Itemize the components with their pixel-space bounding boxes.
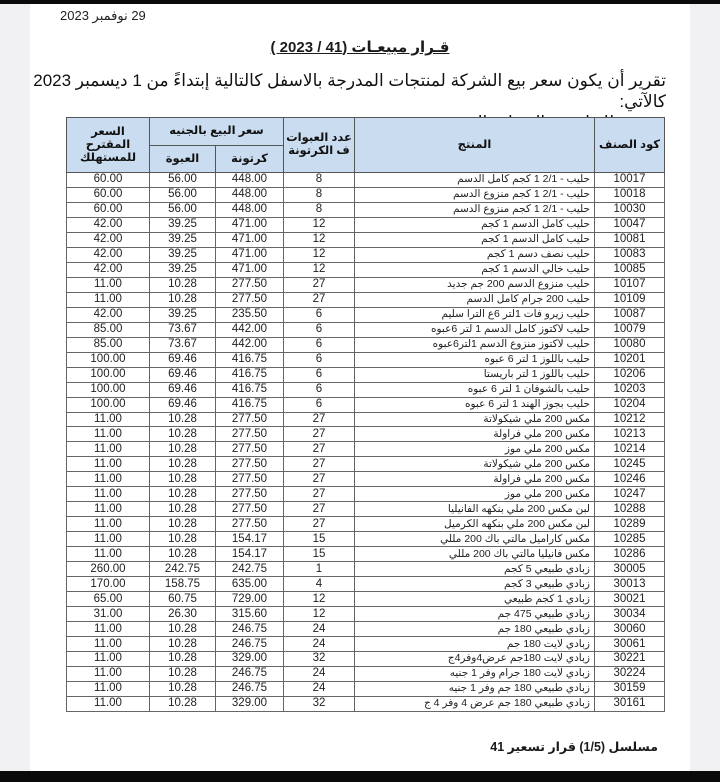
cell-consumer-price: 31.00 xyxy=(67,607,150,622)
bottom-black-bar xyxy=(0,771,720,782)
cell-carton-price: 329.00 xyxy=(216,652,284,667)
cell-consumer-price: 11.00 xyxy=(67,442,150,457)
cell-product: لبن مكس 200 ملي بنكهه الكرميل xyxy=(355,517,595,532)
header-pack: العبوة xyxy=(150,146,216,173)
cell-product: حليب لاكتوز منزوع الدسم 1لتر6عبوه xyxy=(355,337,595,352)
cell-code: 10083 xyxy=(595,247,665,262)
cell-code: 10286 xyxy=(595,547,665,562)
cell-consumer-price: 11.00 xyxy=(67,532,150,547)
cell-count: 27 xyxy=(284,442,355,457)
cell-carton-price: 448.00 xyxy=(216,202,284,217)
cell-carton-price: 277.50 xyxy=(216,517,284,532)
table-row: 30034زبادي طبيعي 475 جم12315.6026.3031.0… xyxy=(67,607,665,622)
intro-line-1: تقرير أن يكون سعر بيع الشركة لمنتجات الم… xyxy=(26,70,666,112)
cell-carton-price: 277.50 xyxy=(216,487,284,502)
cell-pack-price: 60.75 xyxy=(150,592,216,607)
cell-code: 30021 xyxy=(595,592,665,607)
cell-code: 10204 xyxy=(595,397,665,412)
cell-consumer-price: 11.00 xyxy=(67,502,150,517)
cell-consumer-price: 100.00 xyxy=(67,367,150,382)
cell-pack-price: 56.00 xyxy=(150,173,216,188)
cell-pack-price: 69.46 xyxy=(150,382,216,397)
cell-product: حليب كامل الدسم 1 كجم xyxy=(355,232,595,247)
cell-product: حليب منزوع الدسم 200 جم جديد xyxy=(355,277,595,292)
cell-carton-price: 277.50 xyxy=(216,277,284,292)
cell-consumer-price: 11.00 xyxy=(67,427,150,442)
cell-pack-price: 39.25 xyxy=(150,262,216,277)
cell-count: 12 xyxy=(284,607,355,622)
cell-code: 10030 xyxy=(595,202,665,217)
cell-code: 10085 xyxy=(595,262,665,277)
table-row: 10214مكس 200 ملي موز27277.5010.2811.00 xyxy=(67,442,665,457)
cell-code: 10201 xyxy=(595,352,665,367)
table-row: 10286مكس فانيليا مالتي باك 200 مللي15154… xyxy=(67,547,665,562)
cell-product: حليب - 2/1 1 كجم منزوع الدسم xyxy=(355,187,595,202)
cell-count: 4 xyxy=(284,577,355,592)
cell-code: 10079 xyxy=(595,322,665,337)
cell-pack-price: 10.28 xyxy=(150,427,216,442)
cell-product: حليب 200 جرام كامل الدسم xyxy=(355,292,595,307)
cell-product: حليب لاكتوز كامل الدسم 1 لتر 6عبوه xyxy=(355,322,595,337)
cell-code: 10047 xyxy=(595,217,665,232)
cell-code: 10087 xyxy=(595,307,665,322)
cell-consumer-price: 11.00 xyxy=(67,622,150,637)
cell-pack-price: 10.28 xyxy=(150,532,216,547)
cell-pack-price: 56.00 xyxy=(150,202,216,217)
cell-product: زبادي طبيعي 180 جم وفر 1 جنيه xyxy=(355,681,595,696)
cell-code: 30159 xyxy=(595,681,665,696)
cell-product: حليب زيرو فات 1لتر 6ع الترا سليم xyxy=(355,307,595,322)
cell-carton-price: 277.50 xyxy=(216,457,284,472)
cell-product: حليب خالي الدسم 1 كجم xyxy=(355,262,595,277)
cell-product: مكس كاراميل مالتي باك 200 مللي xyxy=(355,532,595,547)
table-row: 10213مكس 200 ملي فراولة27277.5010.2811.0… xyxy=(67,427,665,442)
cell-carton-price: 242.75 xyxy=(216,562,284,577)
cell-count: 27 xyxy=(284,517,355,532)
cell-code: 10289 xyxy=(595,517,665,532)
cell-pack-price: 10.28 xyxy=(150,502,216,517)
cell-pack-price: 69.46 xyxy=(150,397,216,412)
cell-pack-price: 10.28 xyxy=(150,292,216,307)
cell-code: 10107 xyxy=(595,277,665,292)
cell-pack-price: 39.25 xyxy=(150,307,216,322)
cell-consumer-price: 11.00 xyxy=(67,517,150,532)
cell-consumer-price: 42.00 xyxy=(67,262,150,277)
cell-carton-price: 315.60 xyxy=(216,607,284,622)
cell-carton-price: 471.00 xyxy=(216,247,284,262)
cell-pack-price: 39.25 xyxy=(150,247,216,262)
cell-consumer-price: 11.00 xyxy=(67,487,150,502)
cell-code: 10017 xyxy=(595,173,665,188)
cell-carton-price: 416.75 xyxy=(216,382,284,397)
cell-carton-price: 416.75 xyxy=(216,367,284,382)
table-row: 30061زبادي لايت 180 جم24246.7510.2811.00 xyxy=(67,637,665,652)
table-row: 10212مكس 200 ملي شيكولاتة27277.5010.2811… xyxy=(67,412,665,427)
cell-consumer-price: 11.00 xyxy=(67,666,150,681)
cell-product: حليب بالشوفان 1 لتر 6 عبوه xyxy=(355,382,595,397)
cell-carton-price: 246.75 xyxy=(216,666,284,681)
cell-code: 30224 xyxy=(595,666,665,681)
cell-product: لبن مكس 200 ملي بنكهه الفانيليا xyxy=(355,502,595,517)
cell-count: 24 xyxy=(284,681,355,696)
cell-consumer-price: 11.00 xyxy=(67,277,150,292)
cell-count: 32 xyxy=(284,652,355,667)
cell-pack-price: 10.28 xyxy=(150,681,216,696)
cell-count: 6 xyxy=(284,352,355,367)
table-row: 30060زبادي طبيعي 180 جم24246.7510.2811.0… xyxy=(67,622,665,637)
cell-count: 8 xyxy=(284,202,355,217)
table-row: 10081حليب كامل الدسم 1 كجم12471.0039.254… xyxy=(67,232,665,247)
table-row: 10246مكس 200 ملي فراولة27277.5010.2811.0… xyxy=(67,472,665,487)
cell-carton-price: 448.00 xyxy=(216,187,284,202)
cell-carton-price: 329.00 xyxy=(216,696,284,711)
cell-pack-price: 26.30 xyxy=(150,607,216,622)
cell-pack-price: 10.28 xyxy=(150,696,216,711)
cell-carton-price: 471.00 xyxy=(216,232,284,247)
cell-count: 27 xyxy=(284,427,355,442)
table-row: 30005زبادي طبيعي 5 كجم1242.75242.75260.0… xyxy=(67,562,665,577)
price-table: كود الصنف المنتج عدد العبوات ف الكرتونة … xyxy=(66,117,665,712)
cell-product: حليب - 2/1 1 كجم منزوع الدسم xyxy=(355,202,595,217)
table-row: 10080حليب لاكتوز منزوع الدسم 1لتر6عبوه64… xyxy=(67,337,665,352)
cell-consumer-price: 60.00 xyxy=(67,173,150,188)
header-count: عدد العبوات ف الكرتونة xyxy=(284,118,355,173)
cell-carton-price: 416.75 xyxy=(216,397,284,412)
cell-count: 27 xyxy=(284,292,355,307)
cell-count: 6 xyxy=(284,397,355,412)
cell-product: حليب نصف دسم 1 كجم xyxy=(355,247,595,262)
cell-pack-price: 10.28 xyxy=(150,487,216,502)
table-row: 10288لبن مكس 200 ملي بنكهه الفانيليا2727… xyxy=(67,502,665,517)
cell-count: 24 xyxy=(284,666,355,681)
cell-pack-price: 10.28 xyxy=(150,666,216,681)
cell-consumer-price: 100.00 xyxy=(67,352,150,367)
cell-pack-price: 39.25 xyxy=(150,217,216,232)
cell-code: 30034 xyxy=(595,607,665,622)
cell-product: مكس 200 ملي شيكولاتة xyxy=(355,457,595,472)
cell-count: 27 xyxy=(284,502,355,517)
cell-carton-price: 277.50 xyxy=(216,427,284,442)
cell-code: 30221 xyxy=(595,652,665,667)
header-product: المنتج xyxy=(355,118,595,173)
cell-consumer-price: 11.00 xyxy=(67,652,150,667)
cell-carton-price: 448.00 xyxy=(216,173,284,188)
cell-count: 6 xyxy=(284,337,355,352)
cell-code: 10081 xyxy=(595,232,665,247)
cell-count: 15 xyxy=(284,532,355,547)
cell-consumer-price: 170.00 xyxy=(67,577,150,592)
cell-carton-price: 277.50 xyxy=(216,292,284,307)
cell-code: 30061 xyxy=(595,637,665,652)
cell-code: 30013 xyxy=(595,577,665,592)
cell-pack-price: 10.28 xyxy=(150,547,216,562)
cell-pack-price: 69.46 xyxy=(150,352,216,367)
table-row: 10285مكس كاراميل مالتي باك 200 مللي15154… xyxy=(67,532,665,547)
cell-carton-price: 416.75 xyxy=(216,352,284,367)
table-row: 30159زبادي طبيعي 180 جم وفر 1 جنيه24246.… xyxy=(67,681,665,696)
cell-count: 27 xyxy=(284,277,355,292)
cell-code: 10285 xyxy=(595,532,665,547)
cell-code: 10206 xyxy=(595,367,665,382)
cell-code: 30005 xyxy=(595,562,665,577)
table-row: 10203حليب بالشوفان 1 لتر 6 عبوه6416.7569… xyxy=(67,382,665,397)
cell-carton-price: 235.50 xyxy=(216,307,284,322)
cell-count: 8 xyxy=(284,187,355,202)
cell-count: 12 xyxy=(284,247,355,262)
cell-product: مكس فانيليا مالتي باك 200 مللي xyxy=(355,547,595,562)
cell-product: حليب - 2/1 1 كجم كامل الدسم xyxy=(355,173,595,188)
document-title: قـرار مبيعـات (41 / 2023 ) xyxy=(0,38,720,56)
cell-consumer-price: 11.00 xyxy=(67,472,150,487)
cell-count: 27 xyxy=(284,457,355,472)
cell-consumer-price: 42.00 xyxy=(67,217,150,232)
cell-pack-price: 10.28 xyxy=(150,472,216,487)
table-row: 30221زبادي لايت 180جم عرض4وفر4ج32329.001… xyxy=(67,652,665,667)
table-row: 10018حليب - 2/1 1 كجم منزوع الدسم8448.00… xyxy=(67,187,665,202)
cell-count: 6 xyxy=(284,307,355,322)
cell-code: 10288 xyxy=(595,502,665,517)
cell-code: 30161 xyxy=(595,696,665,711)
cell-consumer-price: 85.00 xyxy=(67,337,150,352)
cell-carton-price: 729.00 xyxy=(216,592,284,607)
header-sale-price: سعر البيع بالجنيه xyxy=(150,118,284,146)
table-row: 30224زبادي لايت 180 جرام وفر 1 جنيه24246… xyxy=(67,666,665,681)
table-row: 30013زبادي طبيعي 3 كجم4635.00158.75170.0… xyxy=(67,577,665,592)
cell-pack-price: 10.28 xyxy=(150,442,216,457)
cell-consumer-price: 85.00 xyxy=(67,322,150,337)
table-row: 10201حليب باللوز 1 لتر 6 عبوه6416.7569.4… xyxy=(67,352,665,367)
cell-product: حليب بجوز الهند 1 لتر 6 عبوه xyxy=(355,397,595,412)
cell-pack-price: 56.00 xyxy=(150,187,216,202)
cell-count: 12 xyxy=(284,232,355,247)
cell-pack-price: 10.28 xyxy=(150,622,216,637)
cell-pack-price: 73.67 xyxy=(150,337,216,352)
cell-carton-price: 277.50 xyxy=(216,442,284,457)
cell-consumer-price: 65.00 xyxy=(67,592,150,607)
cell-pack-price: 10.28 xyxy=(150,457,216,472)
cell-consumer-price: 42.00 xyxy=(67,232,150,247)
document-date: 29 نوفمبر 2023 xyxy=(60,8,146,24)
cell-carton-price: 246.75 xyxy=(216,622,284,637)
cell-code: 10080 xyxy=(595,337,665,352)
cell-product: زبادي طبيعي 180 جم عرض 4 وفر 4 ج xyxy=(355,696,595,711)
cell-count: 12 xyxy=(284,592,355,607)
cell-carton-price: 471.00 xyxy=(216,217,284,232)
header-code: كود الصنف xyxy=(595,118,665,173)
cell-consumer-price: 11.00 xyxy=(67,637,150,652)
cell-pack-price: 10.28 xyxy=(150,277,216,292)
cell-product: حليب باللوز 1 لتر باريستا xyxy=(355,367,595,382)
cell-product: مكس 200 ملي شيكولاتة xyxy=(355,412,595,427)
cell-product: زبادي طبيعي 180 جم xyxy=(355,622,595,637)
cell-product: مكس 200 ملي فراولة xyxy=(355,472,595,487)
cell-carton-price: 154.17 xyxy=(216,532,284,547)
cell-count: 6 xyxy=(284,382,355,397)
table-row: 10204حليب بجوز الهند 1 لتر 6 عبوه6416.75… xyxy=(67,397,665,412)
cell-pack-price: 10.28 xyxy=(150,412,216,427)
cell-consumer-price: 11.00 xyxy=(67,457,150,472)
cell-product: زبادي طبيعي 475 جم xyxy=(355,607,595,622)
cell-consumer-price: 42.00 xyxy=(67,307,150,322)
cell-consumer-price: 11.00 xyxy=(67,547,150,562)
cell-code: 10246 xyxy=(595,472,665,487)
cell-count: 8 xyxy=(284,173,355,188)
cell-code: 30060 xyxy=(595,622,665,637)
cell-consumer-price: 60.00 xyxy=(67,187,150,202)
cell-consumer-price: 11.00 xyxy=(67,681,150,696)
cell-count: 32 xyxy=(284,696,355,711)
cell-pack-price: 242.75 xyxy=(150,562,216,577)
table-row: 10289لبن مكس 200 ملي بنكهه الكرميل27277.… xyxy=(67,517,665,532)
cell-consumer-price: 100.00 xyxy=(67,382,150,397)
cell-count: 15 xyxy=(284,547,355,562)
cell-carton-price: 154.17 xyxy=(216,547,284,562)
cell-code: 10109 xyxy=(595,292,665,307)
cell-carton-price: 277.50 xyxy=(216,502,284,517)
cell-consumer-price: 42.00 xyxy=(67,247,150,262)
cell-consumer-price: 260.00 xyxy=(67,562,150,577)
cell-consumer-price: 100.00 xyxy=(67,397,150,412)
cell-product: زبادي لايت 180جم عرض4وفر4ج xyxy=(355,652,595,667)
cell-count: 27 xyxy=(284,412,355,427)
document-footer: مسلسل (1/5) قرار تسعير 41 xyxy=(490,739,658,754)
cell-consumer-price: 11.00 xyxy=(67,696,150,711)
table-row: 10083حليب نصف دسم 1 كجم12471.0039.2542.0… xyxy=(67,247,665,262)
cell-product: حليب باللوز 1 لتر 6 عبوه xyxy=(355,352,595,367)
cell-product: زبادي لايت 180 جم xyxy=(355,637,595,652)
cell-pack-price: 69.46 xyxy=(150,367,216,382)
cell-carton-price: 635.00 xyxy=(216,577,284,592)
table-row: 10206حليب باللوز 1 لتر باريستا6416.7569.… xyxy=(67,367,665,382)
cell-consumer-price: 11.00 xyxy=(67,292,150,307)
cell-count: 1 xyxy=(284,562,355,577)
cell-code: 10247 xyxy=(595,487,665,502)
cell-count: 6 xyxy=(284,367,355,382)
cell-code: 10214 xyxy=(595,442,665,457)
cell-count: 24 xyxy=(284,622,355,637)
cell-code: 10018 xyxy=(595,187,665,202)
cell-carton-price: 442.00 xyxy=(216,322,284,337)
table-row: 10030حليب - 2/1 1 كجم منزوع الدسم8448.00… xyxy=(67,202,665,217)
cell-carton-price: 442.00 xyxy=(216,337,284,352)
cell-count: 24 xyxy=(284,637,355,652)
table-row: 10245مكس 200 ملي شيكولاتة27277.5010.2811… xyxy=(67,457,665,472)
cell-pack-price: 73.67 xyxy=(150,322,216,337)
header-consumer-price: السعر المقترح للمستهلك xyxy=(67,118,150,173)
cell-count: 27 xyxy=(284,487,355,502)
table-row: 10087حليب زيرو فات 1لتر 6ع الترا سليم623… xyxy=(67,307,665,322)
cell-pack-price: 39.25 xyxy=(150,232,216,247)
table-row: 10247مكس 200 ملي موز27277.5010.2811.00 xyxy=(67,487,665,502)
cell-count: 12 xyxy=(284,217,355,232)
cell-code: 10203 xyxy=(595,382,665,397)
cell-code: 10245 xyxy=(595,457,665,472)
cell-count: 12 xyxy=(284,262,355,277)
cell-pack-price: 10.28 xyxy=(150,637,216,652)
cell-product: زبادي لايت 180 جرام وفر 1 جنيه xyxy=(355,666,595,681)
cell-carton-price: 246.75 xyxy=(216,637,284,652)
cell-code: 10213 xyxy=(595,427,665,442)
cell-code: 10212 xyxy=(595,412,665,427)
cell-pack-price: 158.75 xyxy=(150,577,216,592)
cell-count: 6 xyxy=(284,322,355,337)
cell-carton-price: 277.50 xyxy=(216,412,284,427)
table-row: 10079حليب لاكتوز كامل الدسم 1 لتر 6عبوه6… xyxy=(67,322,665,337)
table-row: 10047حليب كامل الدسم 1 كجم12471.0039.254… xyxy=(67,217,665,232)
cell-consumer-price: 11.00 xyxy=(67,412,150,427)
table-row: 30161زبادي طبيعي 180 جم عرض 4 وفر 4 ج323… xyxy=(67,696,665,711)
table-row: 10107حليب منزوع الدسم 200 جم جديد27277.5… xyxy=(67,277,665,292)
cell-carton-price: 246.75 xyxy=(216,681,284,696)
table-row: 10017حليب - 2/1 1 كجم كامل الدسم8448.005… xyxy=(67,173,665,188)
cell-product: مكس 200 ملي موز xyxy=(355,442,595,457)
table-row: 10109حليب 200 جرام كامل الدسم27277.5010.… xyxy=(67,292,665,307)
table-row: 10085حليب خالي الدسم 1 كجم12471.0039.254… xyxy=(67,262,665,277)
cell-product: مكس 200 ملي موز xyxy=(355,487,595,502)
header-carton: كرتونة xyxy=(216,146,284,173)
cell-product: زبادي 1 كجم طبيعي xyxy=(355,592,595,607)
cell-product: مكس 200 ملي فراولة xyxy=(355,427,595,442)
cell-carton-price: 471.00 xyxy=(216,262,284,277)
cell-product: زبادي طبيعي 5 كجم xyxy=(355,562,595,577)
cell-consumer-price: 60.00 xyxy=(67,202,150,217)
cell-product: زبادي طبيعي 3 كجم xyxy=(355,577,595,592)
cell-product: حليب كامل الدسم 1 كجم xyxy=(355,217,595,232)
cell-carton-price: 277.50 xyxy=(216,472,284,487)
cell-pack-price: 10.28 xyxy=(150,652,216,667)
table-row: 30021زبادي 1 كجم طبيعي12729.0060.7565.00 xyxy=(67,592,665,607)
cell-pack-price: 10.28 xyxy=(150,517,216,532)
cell-count: 27 xyxy=(284,472,355,487)
